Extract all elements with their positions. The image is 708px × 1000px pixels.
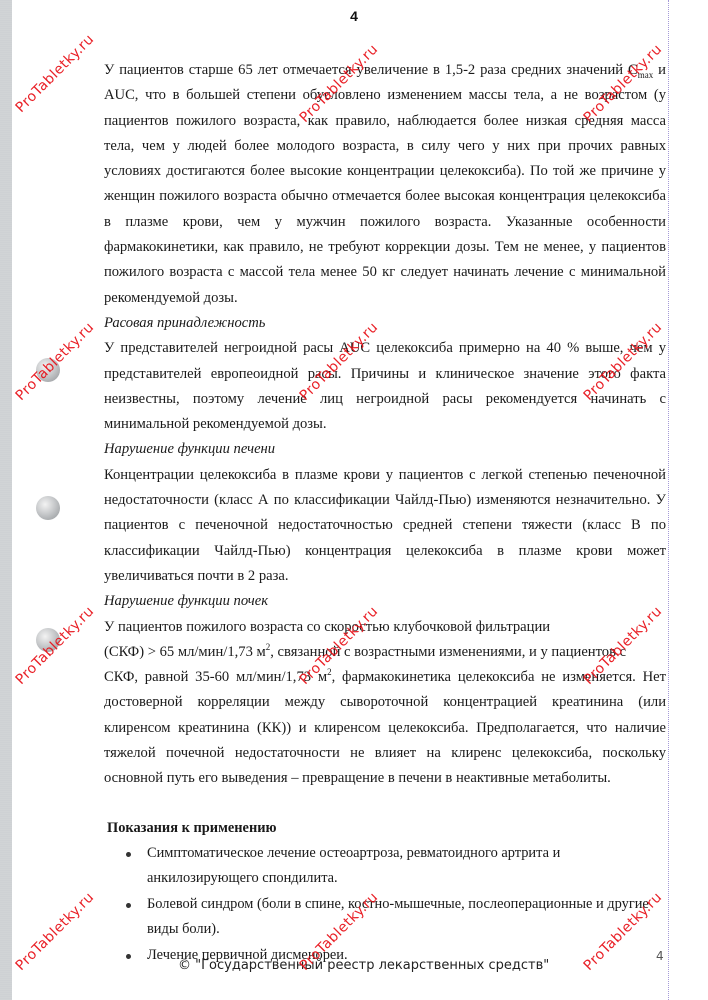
page-number-bottom: 4 bbox=[656, 949, 664, 963]
punch-hole bbox=[36, 358, 60, 382]
elderly-paragraph: У пациентов старше 65 лет отмечается уве… bbox=[104, 58, 666, 311]
text: , фармакокинетика целекоксиба не изменяе… bbox=[104, 669, 666, 786]
indications-list: Симптоматическое лечение остеоартроза, р… bbox=[104, 841, 666, 969]
race-paragraph: У представителей негроидной расы AUC цел… bbox=[104, 336, 666, 437]
punch-hole bbox=[36, 496, 60, 520]
document-body: У пациентов старше 65 лет отмечается уве… bbox=[104, 58, 666, 968]
watermark: ProTabletky.ru bbox=[13, 889, 98, 974]
watermark: ProTabletky.ru bbox=[13, 31, 98, 116]
text: У пациентов старше 65 лет отмечается уве… bbox=[104, 62, 638, 78]
punch-hole bbox=[36, 628, 60, 652]
text: (СКФ) > 65 мл/мин/1,73 м bbox=[104, 644, 266, 660]
text: СКФ, равной 35-60 мл/мин/1,73 м bbox=[104, 669, 327, 685]
list-item: Болевой синдром (боли в спине, костно-мы… bbox=[124, 892, 657, 943]
kidney-line-2: (СКФ) > 65 мл/мин/1,73 м2, связанной с в… bbox=[104, 640, 666, 665]
list-item: Симптоматическое лечение остеоартроза, р… bbox=[124, 841, 567, 892]
indications-title: Показания к применению bbox=[107, 816, 666, 841]
subscript: max bbox=[638, 70, 654, 80]
liver-heading: Нарушение функции печени bbox=[104, 437, 666, 462]
race-heading: Расовая принадлежность bbox=[104, 311, 666, 336]
kidney-line-1: У пациентов пожилого возраста со скорост… bbox=[104, 615, 666, 640]
scan-edge bbox=[0, 0, 12, 1000]
kidney-paragraph: СКФ, равной 35-60 мл/мин/1,73 м2, фармак… bbox=[104, 665, 666, 791]
text: , связанной с возрастными изменениями, и… bbox=[270, 644, 626, 660]
text: и AUC, что в большей степени обусловлено… bbox=[104, 62, 666, 306]
kidney-heading: Нарушение функции почек bbox=[104, 589, 666, 614]
page-number-top: 4 bbox=[0, 8, 708, 24]
footer-copyright: © "Государственный реестр лекарственных … bbox=[178, 958, 549, 973]
liver-paragraph: Концентрации целекоксиба в плазме крови … bbox=[104, 463, 666, 589]
margin-rule bbox=[668, 0, 669, 1000]
